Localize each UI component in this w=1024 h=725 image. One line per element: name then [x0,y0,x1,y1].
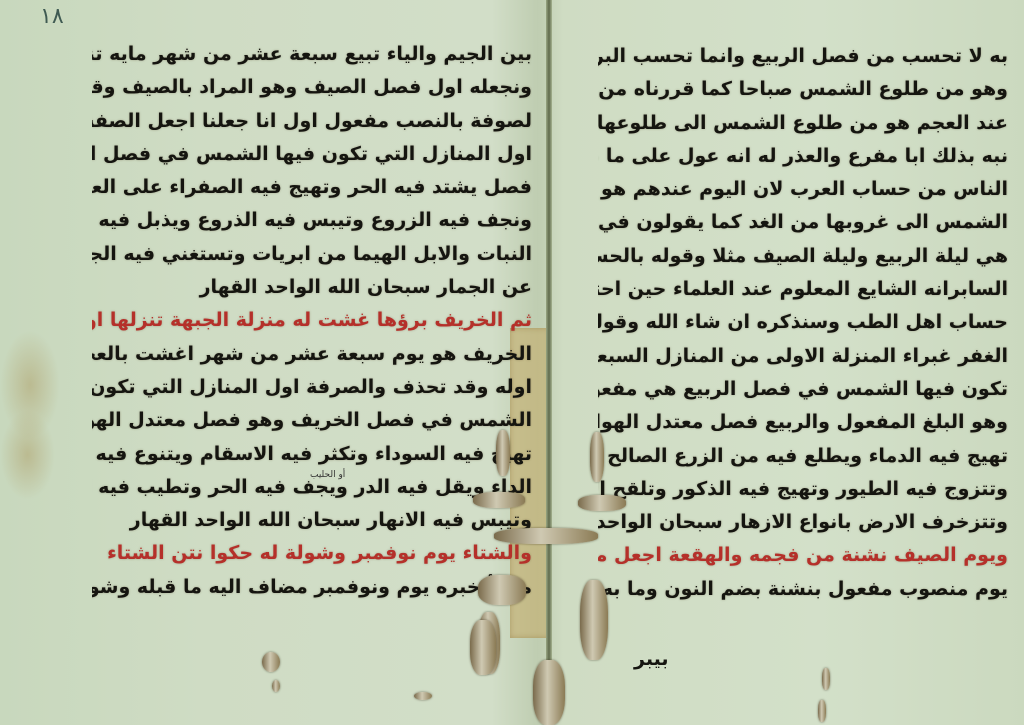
text-line: ونجعله اول فصل الصيف وهو المراد بالصيف و… [92,71,532,104]
text-line: النبات والابل الهيما من ابريات وتستغني ف… [92,238,532,271]
text-line: تكون فيها الشمس في فصل الربيع هي مفعول ا… [598,373,1008,406]
text-line: الناس من حساب العرب لان اليوم عندهم هو م… [598,173,1008,206]
worm-hole [470,620,496,675]
rubric-line: ويوم الصيف نشنة من فجمه والهقعة اجعل منز… [598,539,1008,572]
text-line: هي ليلة الربيع وليلة الصيف مثلا وقوله با… [598,240,1008,273]
text-line: وتتزخرف الارض بانواع الازهار سبحان الواح… [598,506,1008,539]
worm-hole [414,692,432,700]
text-line: وهو من طلوع الشمس صباحا كما قررناه من ال… [598,73,1008,106]
worm-hole [818,700,826,722]
text-line: يوم منصوب مفعول بنشنة بضم النون وما به ب… [598,573,1008,606]
text-line: تهيج فيه السوداء وتكثر فيه الاسقام ويتنو… [92,438,532,471]
manuscript-spread: ١٨ بين الجيم والياء تبيع سبعة عشر من شهر… [0,0,1024,725]
text-line: وهو البلغ المفعول والربيع فصل معتدل الهو… [598,406,1008,439]
text-line: لصوفة بالنصب مفعول اول انا جعلنا اجعل ال… [92,105,532,138]
text-line: تهيج فيه الدماء ويطلع فيه من الزرع الصال… [598,440,1008,473]
text-line: فصل يشتد فيه الحر وتهيج فيه الصفراء على … [92,171,532,204]
rubric-line: والشتاء يوم نوفمبر وشولة له حكوا نتن الش… [92,537,532,570]
worm-hole [580,580,608,660]
text-line: الغفر غبراء المنزلة الاولى من المنازل ال… [598,340,1008,373]
text-line: حساب اهل الطب وسنذكره ان شاء الله وقوله … [598,306,1008,339]
left-page-text: بين الجيم والياء تبيع سبعة عشر من شهر ما… [92,38,532,604]
text-line: نبه بذلك ابا مفرع والعذر له انه عول على … [598,140,1008,173]
text-line: الخريف هو يوم سبعة عشر من شهر اغشت بالعج… [92,338,532,371]
text-line: اول المنازل التي تكون فيها الشمس في فصل … [92,138,532,171]
text-line: الشمس في فصل الخريف وهو فصل معتدل الهواء [92,404,532,437]
text-line: الشمس الى غروبها من الغد كما يقولون في ت… [598,206,1008,239]
marginal-gloss: أو الحليب [310,470,345,480]
text-line: عن الجمار سبحان الله الواحد القهار [92,271,532,304]
text-line: عند العجم هو من طلوع الشمس الى طلوعها من… [598,107,1008,140]
text-line: مبتدأ خبره يوم ونوفمبر مضاف اليه ما قبله… [92,571,532,604]
water-stain [0,410,55,500]
text-line: السابرانه الشايع المعلوم عند العلماء حين… [598,273,1008,306]
worm-hole [478,575,526,605]
worm-hole [262,652,280,672]
folio-number: ١٨ [40,4,64,29]
text-line: وتيبس فيه الانهار سبحان الله الواحد القه… [92,504,532,537]
text-line: وتتزوج فيه الطيور وتهيج فيه الذكور وتلقح… [598,473,1008,506]
rubric-line: ثم الخريف برؤها غشت له منزلة الجبهة تنزل… [92,304,532,337]
worm-hole [494,528,598,544]
text-line: بين الجيم والياء تبيع سبعة عشر من شهر ما… [92,38,532,71]
worm-hole [578,495,626,511]
text-line: به لا تحسب من فصل الربيع وانما تحسب البر… [598,40,1008,73]
worm-hole [496,430,510,476]
worm-hole [272,680,280,692]
worm-hole [473,492,525,508]
worm-hole [822,668,830,690]
worm-hole [590,432,604,482]
right-page-text: به لا تحسب من فصل الربيع وانما تحسب البر… [598,40,1008,606]
worm-hole [533,660,565,725]
book-gutter [546,0,552,725]
text-line: ونجف فيه الزروع وتيبس فيه الذروع ويذبل ف… [92,204,532,237]
text-line: اوله وقد تحذف والصرفة اول المنازل التي ت… [92,371,532,404]
catchword: بيبر [634,648,668,670]
